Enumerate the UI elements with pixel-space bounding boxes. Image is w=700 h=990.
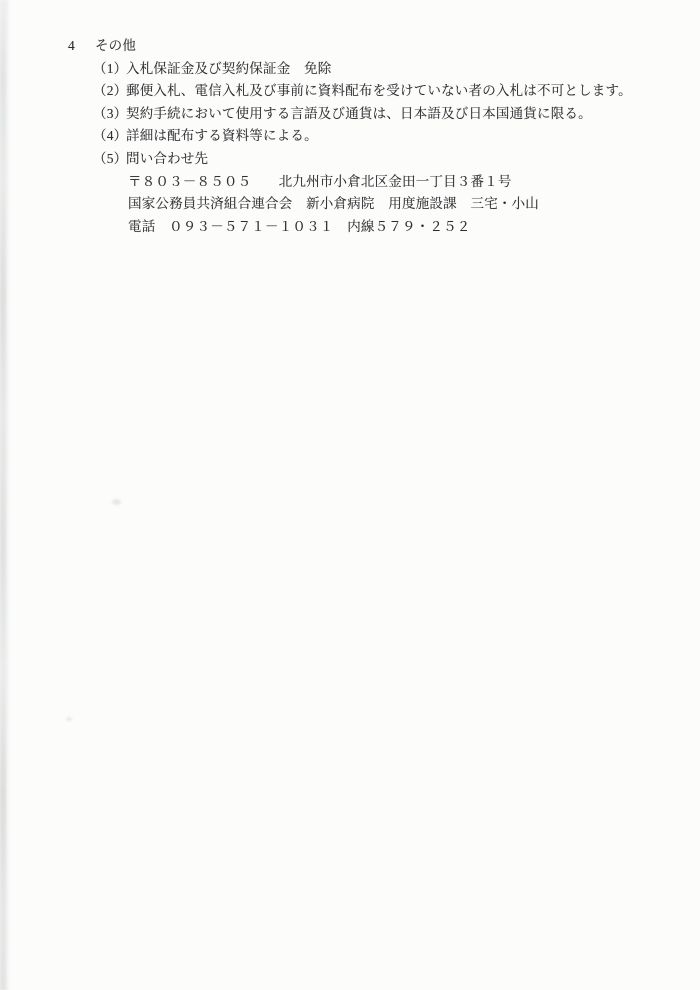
- list-item-5: （5）問い合わせ先: [0, 148, 700, 171]
- list-item-number: （3）: [93, 103, 126, 126]
- list-item-2: （2）郵便入札、電信入札及び事前に資料配布を受けていない者の入札は不可とします。: [0, 80, 700, 103]
- list-item-text: 詳細は配布する資料等による。: [126, 128, 318, 143]
- section-heading: 4その他: [0, 35, 700, 58]
- list-item-number: （5）: [93, 148, 126, 171]
- list-item-1: （1）入札保証金及び契約保証金 免除: [0, 58, 700, 81]
- list-item-text: 郵便入札、電信入札及び事前に資料配布を受けていない者の入札は不可とします。: [126, 83, 632, 98]
- list-item-text: 契約手続において使用する言語及び通貨は、日本語及び日本国通貨に限る。: [126, 106, 592, 121]
- contact-postal-address: 〒８０３－８５０５ 北九州市小倉北区金田一丁目３番１号: [0, 171, 700, 194]
- contact-organization: 国家公務員共済組合連合会 新小倉病院 用度施設課 三宅・小山: [0, 193, 700, 216]
- contact-phone: 電話 ０９３－５７１－１０３１ 内線５７９・２５２: [0, 216, 700, 239]
- section-number: 4: [68, 38, 75, 53]
- list-item-4: （4）詳細は配布する資料等による。: [0, 125, 700, 148]
- scan-speck: [66, 717, 72, 721]
- scan-speck: [112, 499, 121, 505]
- list-item-text: 問い合わせ先: [126, 151, 208, 166]
- scanned-document-page: 4その他 （1）入札保証金及び契約保証金 免除 （2）郵便入札、電信入札及び事前…: [0, 0, 700, 990]
- list-item-3: （3）契約手続において使用する言語及び通貨は、日本語及び日本国通貨に限る。: [0, 103, 700, 126]
- list-item-number: （4）: [93, 125, 126, 148]
- list-item-text: 入札保証金及び契約保証金 免除: [126, 61, 332, 76]
- list-item-number: （1）: [93, 58, 126, 81]
- document-body: 4その他 （1）入札保証金及び契約保証金 免除 （2）郵便入札、電信入札及び事前…: [0, 35, 700, 238]
- section-title: その他: [95, 38, 136, 53]
- list-item-number: （2）: [93, 80, 126, 103]
